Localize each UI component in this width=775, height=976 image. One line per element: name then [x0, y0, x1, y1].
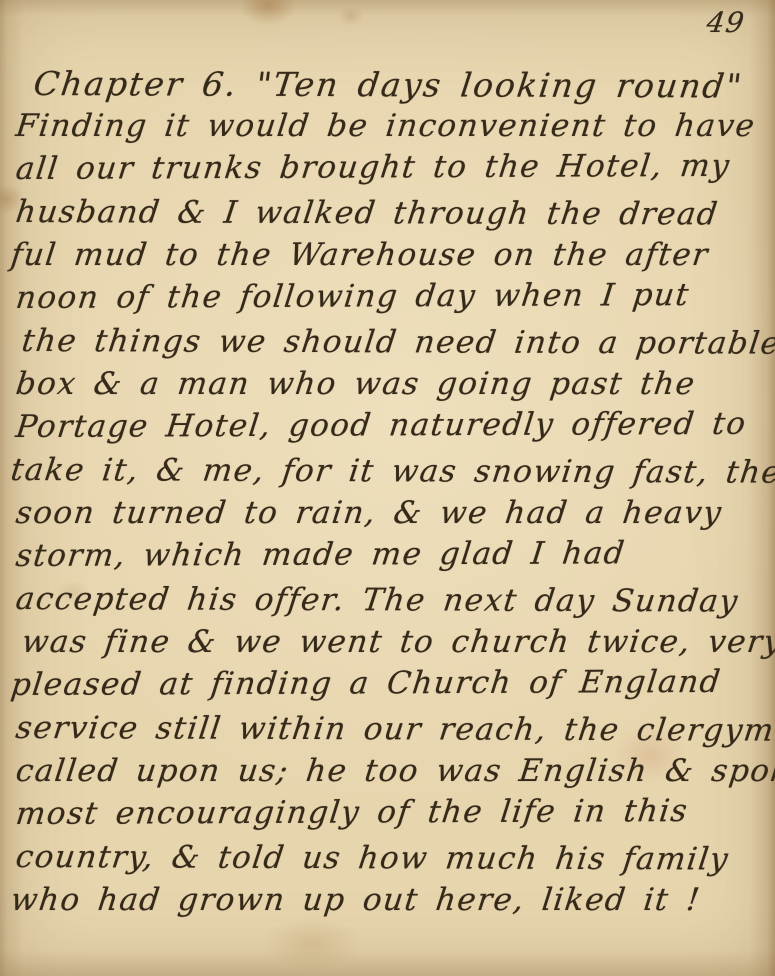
manuscript-line: pleased at finding a Church of England: [8, 660, 775, 707]
manuscript-line: service still within our reach, the cler…: [13, 707, 775, 753]
manuscript-line: was fine & we went to church twice, very: [19, 621, 775, 664]
manuscript-line: country, & told us how much his family: [13, 836, 775, 882]
manuscript-line: Finding it would be inconvenient to have: [13, 105, 775, 148]
manuscript-line: noon of the following day when I put: [13, 273, 775, 320]
manuscript-line: husband & I walked through the dread: [13, 191, 775, 237]
manuscript-line: the things we should need into a portabl…: [19, 320, 775, 366]
manuscript-line: take it, & me, for it was snowing fast, …: [8, 449, 775, 495]
manuscript-line: box & a man who was going past the: [13, 363, 775, 406]
manuscript-line: all our trunks brought to the Hotel, my: [13, 144, 775, 191]
manuscript-line: called upon us; he too was English & spo…: [13, 750, 775, 793]
manuscript-line: most encouragingly of the life in this: [13, 789, 775, 836]
manuscript-text: Chapter 6. "Ten days looking round" Find…: [0, 0, 775, 922]
manuscript-line: ful mud to the Warehouse on the after: [8, 234, 775, 277]
manuscript-line: who had grown up out here, liked it !: [8, 879, 775, 922]
chapter-heading: Chapter 6. "Ten days looking round": [31, 62, 775, 108]
manuscript-page: 49 Chapter 6. "Ten days looking round" F…: [0, 0, 775, 976]
manuscript-line: Portage Hotel, good naturedly offered to: [13, 402, 775, 449]
manuscript-line: accepted his offer. The next day Sunday: [13, 578, 775, 624]
manuscript-line: soon turned to rain, & we had a heavy: [13, 492, 775, 535]
manuscript-line: storm, which made me glad I had: [13, 531, 775, 578]
paper-stain: [262, 918, 362, 970]
